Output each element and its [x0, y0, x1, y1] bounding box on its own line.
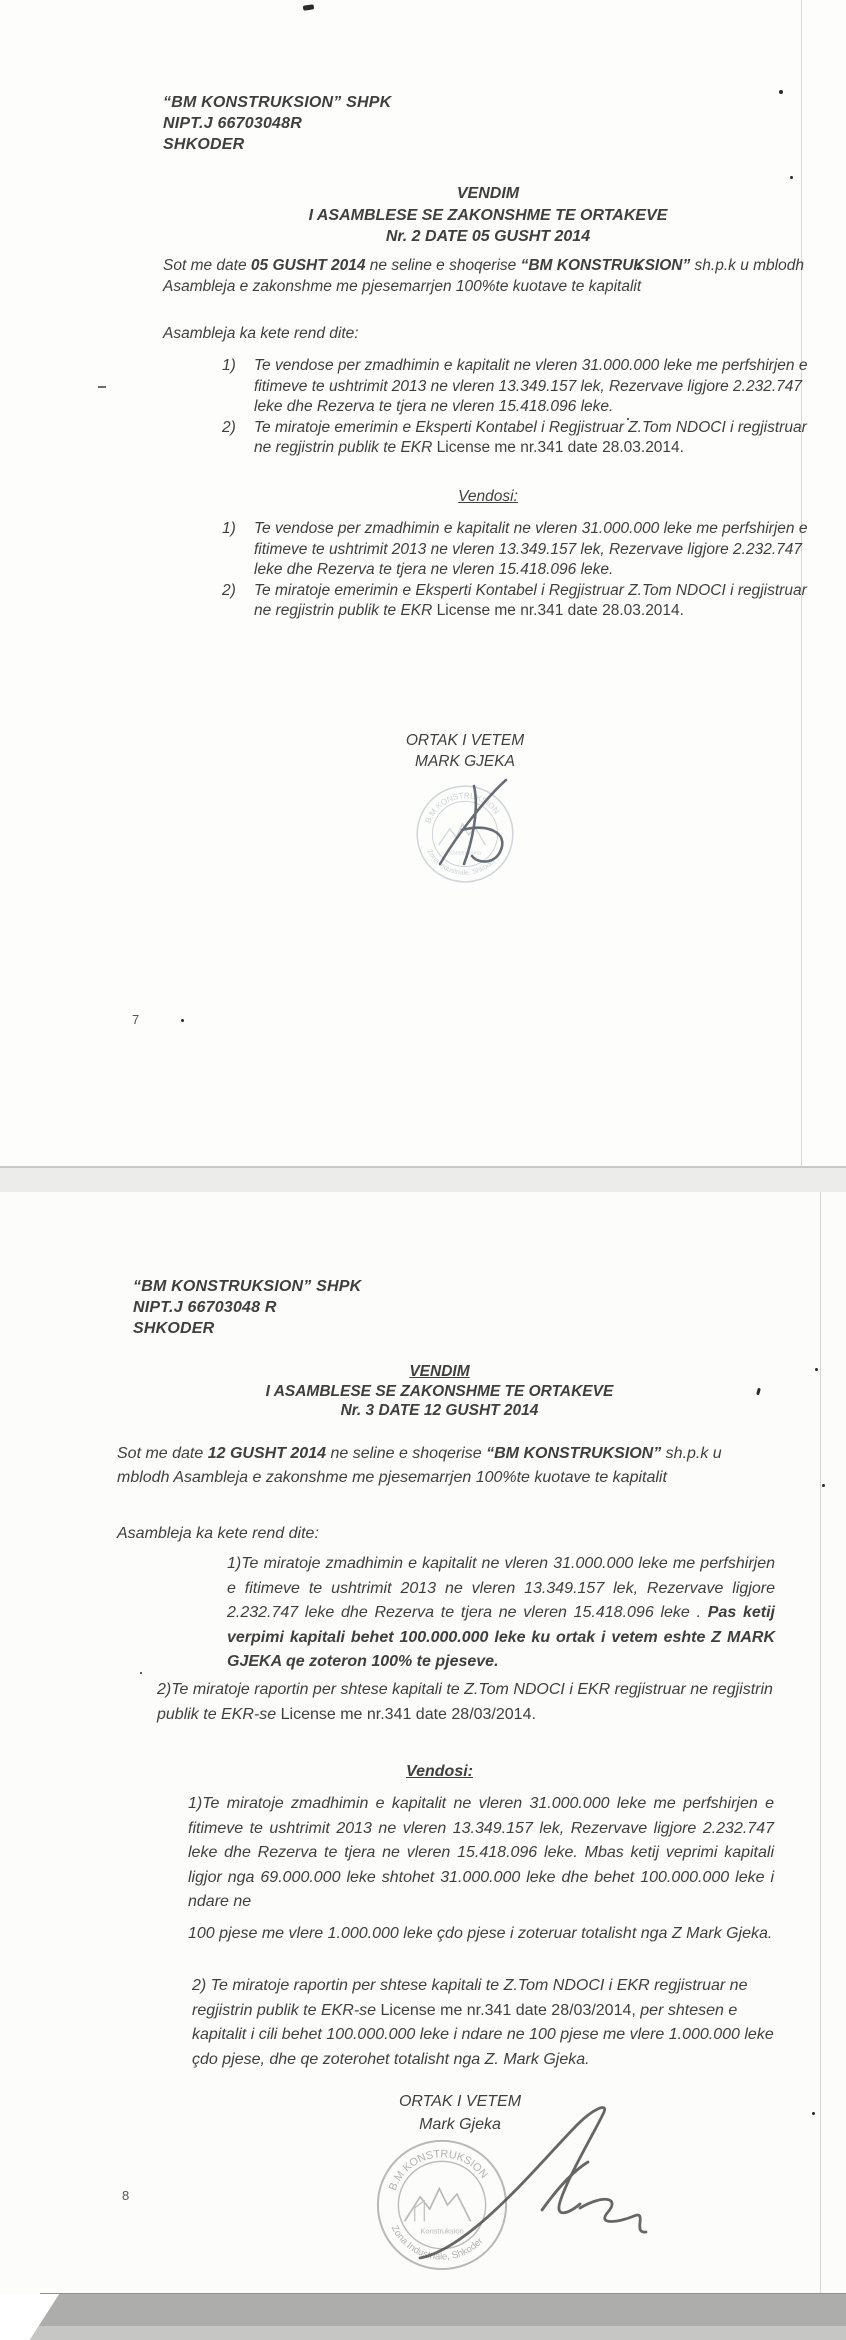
intro-date: 12 GUSHT 2014 — [208, 1445, 326, 1462]
vendosi-label: Vendosi: — [406, 1763, 473, 1780]
vendosi-item-2: 2) Te miratoje emerimin e Eksperti Konta… — [222, 581, 816, 622]
signature-stroke — [440, 780, 506, 864]
item-text: Te miratoje emerimin e Eksperti Kontabel… — [254, 581, 816, 622]
scan-speck — [181, 1019, 184, 1022]
company-city: SHKODER — [133, 1318, 361, 1339]
scan-speck — [790, 176, 793, 179]
agenda-item-1: 1)Te miratoje zmadhimin e kapitalit ne v… — [227, 1552, 775, 1675]
item-number: 1) — [222, 519, 254, 581]
company-header: “BM KONSTRUKSION” SHPK NIPT.J 66703048 R… — [133, 1276, 361, 1339]
scan-speck — [812, 2112, 815, 2115]
agenda-label: Asambleja ka kete rend dite: — [117, 1522, 319, 1547]
intro-company: “BM KONSTRUKSION” — [521, 257, 691, 274]
title-line-number-date: Nr. 3 DATE 12 GUSHT 2014 — [117, 1401, 762, 1421]
vendosi-item-1: 1)Te miratoje zmadhimin e kapitalit ne v… — [188, 1792, 774, 1915]
page-2: “BM KONSTRUKSION” SHPK NIPT.J 66703048 R… — [0, 1192, 846, 2294]
scan-speck — [822, 1484, 825, 1487]
item-text-upright: License me nr.341 date 28/03/2014, — [381, 2002, 636, 2019]
scanned-document: “BM KONSTRUKSION” SHPK NIPT.J 66703048R … — [0, 0, 846, 2340]
company-nipt: NIPT.J 66703048R — [163, 113, 391, 134]
item-number: 2) — [222, 581, 254, 622]
agenda-label: Asambleja ka kete rend dite: — [163, 324, 359, 345]
intro-mid: ne seline e shoqerise — [365, 257, 520, 274]
title-line-assembly: I ASAMBLESE SE ZAKONSHME TE ORTAKEVE — [117, 1382, 762, 1402]
item-text: Te vendose per zmadhimin e kapitalit ne … — [254, 519, 816, 581]
item-number: 1) — [222, 356, 254, 418]
item-text-upright: License me nr.341 date 28.03.2014. — [432, 439, 684, 456]
vendosi-item-1: 1) Te vendose per zmadhimin e kapitalit … — [222, 519, 816, 581]
agenda-item-2: 2) Te miratoje emerimin e Eksperti Konta… — [222, 418, 816, 459]
decision-title: VENDIM I ASAMBLESE SE ZAKONSHME TE ORTAK… — [117, 1362, 762, 1421]
vendosi-heading: Vendosi: — [117, 1760, 762, 1785]
scan-bottom-edge — [40, 2293, 846, 2294]
scan-speck — [815, 1368, 818, 1371]
agenda-list: 1) Te vendose per zmadhimin e kapitalit … — [222, 356, 816, 459]
intro-paragraph: Sot me date 05 GUSHT 2014 ne seline e sh… — [163, 256, 815, 297]
title-line-number-date: Nr. 2 DATE 05 GUSHT 2014 — [163, 226, 813, 248]
intro-pre: Sot me date — [117, 1445, 208, 1462]
company-name: “BM KONSTRUKSION” SHPK — [133, 1276, 361, 1297]
scan-speck — [98, 386, 106, 388]
vendosi-item-1b: 100 pjese me vlere 1.000.000 leke çdo pj… — [188, 1922, 774, 1947]
item-text: Te vendose per zmadhimin e kapitalit ne … — [254, 356, 816, 418]
intro-company: “BM KONSTRUKSION” — [486, 1445, 661, 1462]
signature-stroke — [420, 2108, 605, 2258]
vendosi-list: 1) Te vendose per zmadhimin e kapitalit … — [222, 519, 816, 622]
page-separator — [0, 1166, 846, 1192]
signatory-role: ORTAK I VETEM — [330, 731, 600, 752]
page-number: 7 — [132, 1012, 139, 1027]
title-line-vendim: VENDIM — [409, 1363, 469, 1380]
agenda-item-1: 1) Te vendose per zmadhimin e kapitalit … — [222, 356, 816, 418]
signature-stroke — [462, 828, 502, 862]
item-text-upright: License me nr.341 date 28/03/2014. — [281, 1706, 536, 1723]
title-line-vendim: VENDIM — [163, 183, 813, 205]
page-1: “BM KONSTRUKSION” SHPK NIPT.J 66703048R … — [0, 0, 846, 1166]
item-number: 2) — [222, 418, 254, 459]
intro-mid: ne seline e shoqerise — [326, 1445, 486, 1462]
scan-edge-line — [820, 1192, 821, 2294]
agenda-item-2: 2)Te miratoje raportin per shtese kapita… — [157, 1678, 777, 1727]
title-line-assembly: I ASAMBLESE SE ZAKONSHME TE ORTAKEVE — [163, 205, 813, 227]
vendosi-heading: Vendosi: — [163, 487, 813, 508]
item-text-upright: License me nr.341 date 28.03.2014. — [432, 602, 684, 619]
company-city: SHKODER — [163, 134, 391, 155]
page-number: 8 — [122, 2188, 129, 2203]
company-header: “BM KONSTRUKSION” SHPK NIPT.J 66703048R … — [163, 92, 391, 155]
scan-speck — [303, 4, 315, 10]
item-text: 1)Te miratoje zmadhimin e kapitalit ne v… — [227, 1555, 775, 1621]
intro-date: 05 GUSHT 2014 — [251, 257, 366, 274]
handwritten-signature — [418, 768, 538, 888]
scan-speck — [140, 1672, 142, 1674]
company-name: “BM KONSTRUKSION” SHPK — [163, 92, 391, 113]
item-text: Te miratoje emerimin e Eksperti Kontabel… — [254, 418, 816, 459]
scanner-background — [0, 2294, 846, 2340]
signature-block: ORTAK I VETEM MARK GJEKA — [330, 731, 600, 772]
vendosi-label: Vendosi: — [458, 488, 518, 505]
intro-paragraph: Sot me date 12 GUSHT 2014 ne seline e sh… — [117, 1442, 765, 1490]
handwritten-signature — [392, 2090, 722, 2290]
scan-speck — [779, 90, 783, 94]
vendosi-item-2: 2) Te miratoje raportin per shtese kapit… — [192, 1974, 775, 2072]
decision-title: VENDIM I ASAMBLESE SE ZAKONSHME TE ORTAK… — [163, 183, 813, 248]
company-nipt: NIPT.J 66703048 R — [133, 1297, 361, 1318]
intro-pre: Sot me date — [163, 257, 251, 274]
signature-stroke — [580, 2199, 646, 2232]
